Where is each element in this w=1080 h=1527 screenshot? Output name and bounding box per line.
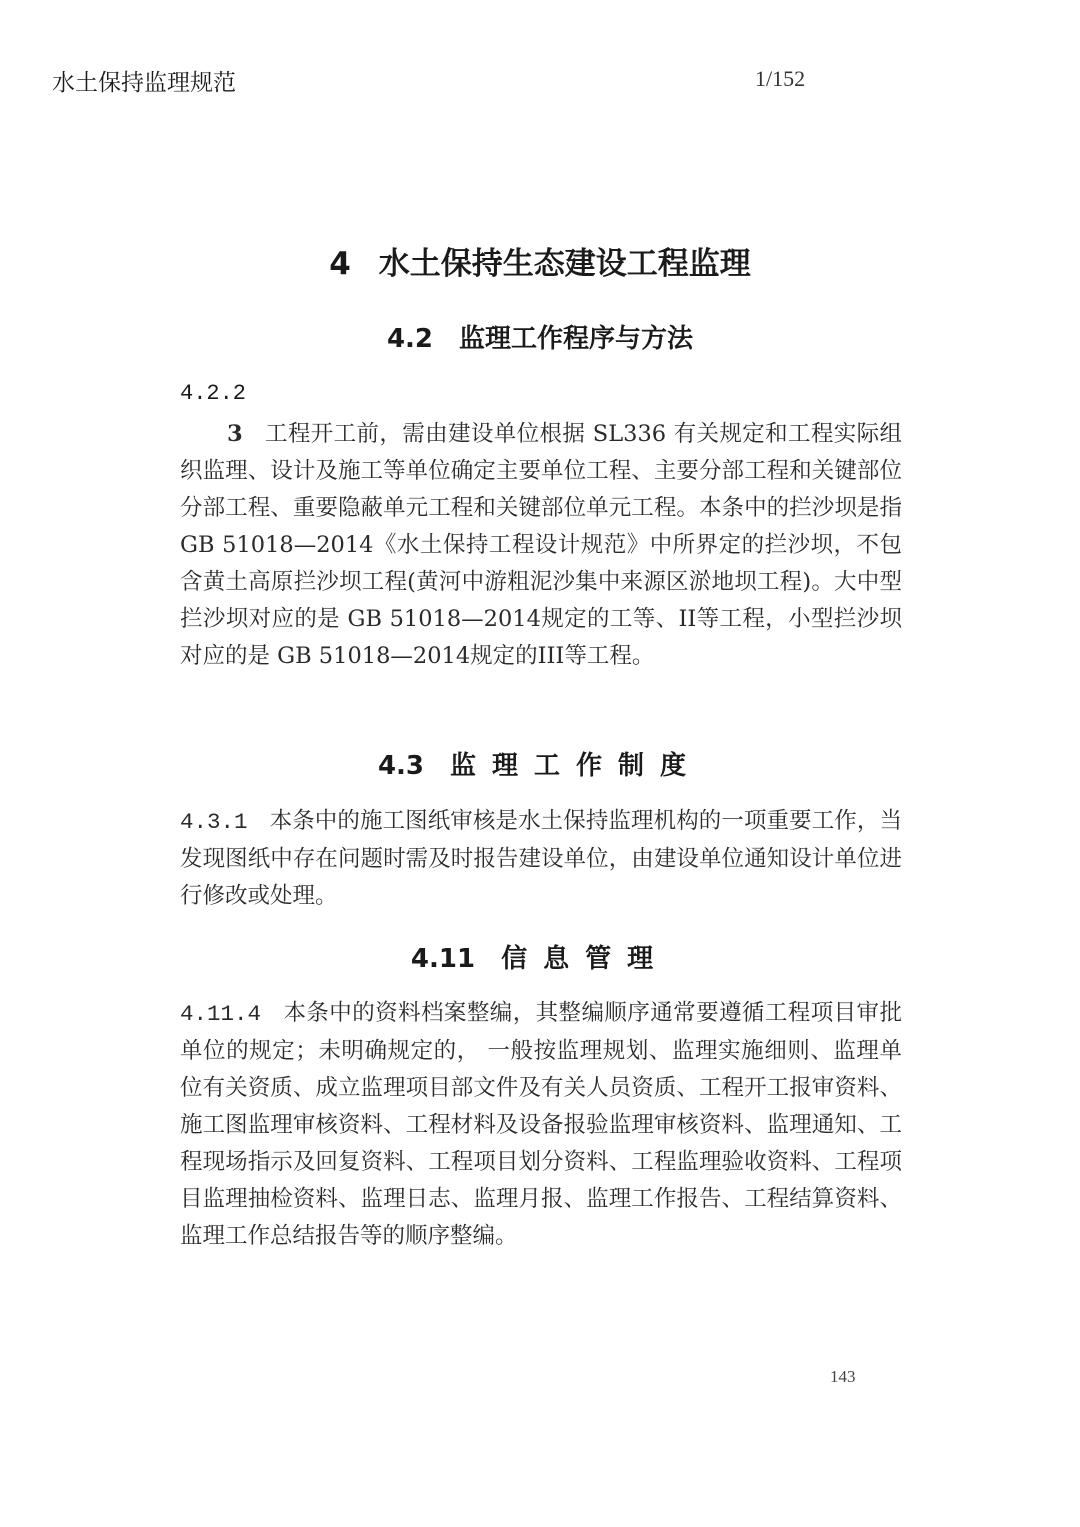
clause-4-11-4: 4.11.4本条中的资料档案整编，其整编顺序通常要遵循工程项目审批单位的规定；未… (180, 995, 902, 1255)
page-number: 143 (830, 1367, 856, 1387)
clause-4-3-1: 4.3.1本条中的施工图纸审核是水土保持监理机构的一项重要工作，当发现图纸中存在… (180, 803, 902, 915)
page-indicator: 1/152 (755, 66, 805, 92)
item-text: 工程开工前，需由建设单位根据 SL336 有关规定和工程实际组织监理、设计及施工… (180, 421, 902, 669)
section-number: 4.11 (411, 944, 475, 974)
chapter-title: 水土保持生态建设工程监理 (379, 246, 751, 282)
clause-4-2-2-item-3: 3工程开工前，需由建设单位根据 SL336 有关规定和工程实际组织监理、设计及施… (180, 416, 902, 675)
clause-text: 本条中的施工图纸审核是水土保持监理机构的一项重要工作，当发现图纸中存在问题时需及… (180, 808, 902, 909)
clause-number: 4.11.4 (180, 1001, 261, 1027)
section-title: 信息管理 (501, 944, 669, 974)
section-title: 监理工作制度 (450, 751, 702, 781)
chapter-heading: 4水土保持生态建设工程监理 (0, 238, 1080, 283)
clause-number: 4.3.1 (180, 809, 248, 835)
section-heading-4-11: 4.11信息管理 (0, 938, 1080, 975)
section-number: 4.2 (387, 324, 433, 354)
section-heading-4-2: 4.2监理工作程序与方法 (0, 318, 1080, 355)
clause-text: 本条中的资料档案整编，其整编顺序通常要遵循工程项目审批单位的规定；未明确规定的，… (180, 1000, 902, 1249)
clause-number-4-2-2: 4.2.2 (180, 381, 246, 406)
section-title: 监理工作程序与方法 (459, 324, 693, 354)
section-heading-4-3: 4.3监理工作制度 (0, 745, 1080, 782)
item-number: 3 (227, 421, 243, 447)
document-title: 水土保持监理规范 (52, 64, 236, 97)
chapter-number: 4 (329, 246, 351, 282)
section-number: 4.3 (378, 751, 424, 781)
